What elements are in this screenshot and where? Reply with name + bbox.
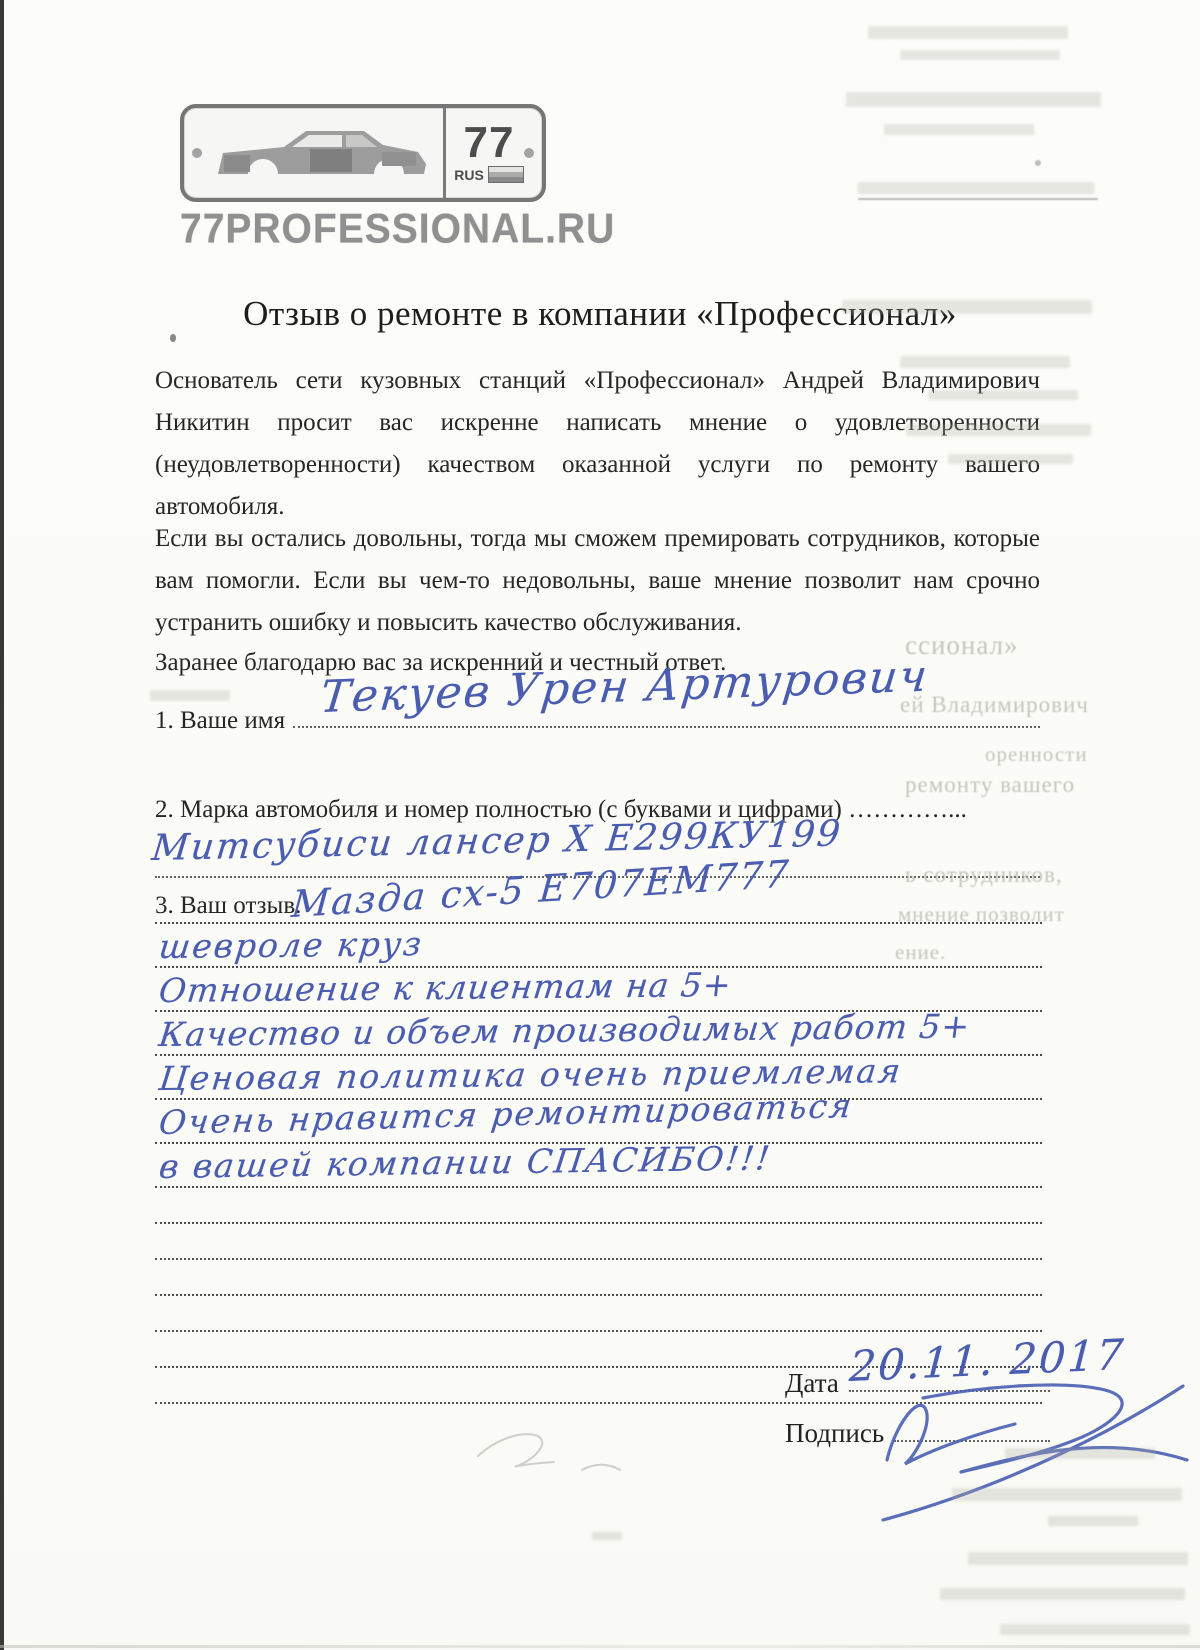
ghost-text-fragment: оренности — [985, 742, 1088, 767]
ghost-smudge — [842, 300, 1092, 314]
ghost-smudge — [868, 26, 1068, 39]
ghost-smudge — [150, 690, 230, 701]
plate-bolt-right-icon — [524, 148, 534, 158]
handwritten-review-line: в вашей компании СПАСИБО!!! — [157, 1138, 774, 1186]
flag-icon — [488, 166, 524, 183]
ghost-text-fragment: ссионал» — [905, 630, 1019, 661]
plate-bolt-left-icon — [192, 148, 202, 158]
ghost-smudge — [900, 50, 1060, 60]
review-row: Очень нравится ремонтироваться — [155, 1100, 1042, 1144]
company-logo: 77 RUS 77PROFESSIONAL.RU — [180, 104, 615, 252]
intro-paragraph-1: Основатель сети кузовных станций «Профес… — [155, 360, 1040, 528]
review-row: в вашей компании СПАСИБО!!! — [155, 1144, 1042, 1188]
handwritten-review-line: Отношение к клиентам на 5+ — [157, 965, 734, 1010]
ghost-text-fragment: ремонту вашего — [905, 772, 1075, 798]
ghost-smudge — [928, 390, 1078, 400]
review-row: Качество и объем производимых работ 5+ — [155, 1012, 1042, 1056]
question-3-label: 3. Ваш отзыв. — [155, 892, 301, 920]
ghost-smudge — [1005, 1448, 1155, 1459]
ghost-text-fragment: ей Владимирович — [900, 692, 1089, 718]
pencil-scribble — [470, 1412, 640, 1487]
ghost-smudge — [884, 124, 1034, 135]
empty-review-row — [155, 1188, 1042, 1224]
intro-paragraph-2: Если вы остались довольны, тогда мы смож… — [155, 518, 1040, 644]
ghost-smudge — [1048, 1516, 1138, 1526]
scan-bottom-edge — [0, 1645, 1200, 1648]
ghost-smudge — [858, 182, 1094, 194]
question-1-label: 1. Ваше имя — [155, 707, 285, 735]
ghost-smudge — [940, 1588, 1185, 1600]
ghost-text-fragment: мнение позволит — [898, 902, 1065, 927]
ghost-smudge — [592, 1532, 622, 1540]
ghost-text-fragment: ение. — [895, 940, 946, 965]
ghost-text-fragment: ь сотрудников, — [905, 862, 1063, 888]
empty-review-row — [155, 1260, 1042, 1296]
car-silhouette-icon — [202, 122, 443, 184]
ghost-smudge — [906, 424, 1091, 436]
plate-number: 77 — [464, 123, 515, 163]
handwritten-review-line: Качество и объем производимых работ 5+ — [157, 1006, 972, 1054]
handwritten-review-line: шевроле круз — [157, 924, 425, 966]
ghost-smudge — [1000, 1624, 1190, 1635]
review-row: Отношение к клиентам на 5+ — [155, 968, 1042, 1012]
ghost-smudge — [900, 356, 1070, 368]
empty-review-row — [155, 1224, 1042, 1260]
empty-review-row — [155, 1296, 1042, 1332]
scan-left-edge — [0, 0, 4, 1650]
date-label: Дата — [785, 1368, 839, 1399]
ghost-smudge — [952, 1488, 1182, 1501]
license-plate-logo: 77 RUS — [180, 104, 546, 202]
ghost-smudge — [968, 1552, 1188, 1565]
website-url: 77PROFESSIONAL.RU — [180, 207, 615, 254]
plate-region-code: RUS — [454, 167, 484, 183]
ghost-smudge — [948, 454, 1073, 464]
ink-speck — [170, 334, 176, 342]
ghost-underline — [858, 198, 1098, 200]
ghost-smudge — [846, 92, 1101, 107]
ink-speck — [1035, 160, 1041, 166]
